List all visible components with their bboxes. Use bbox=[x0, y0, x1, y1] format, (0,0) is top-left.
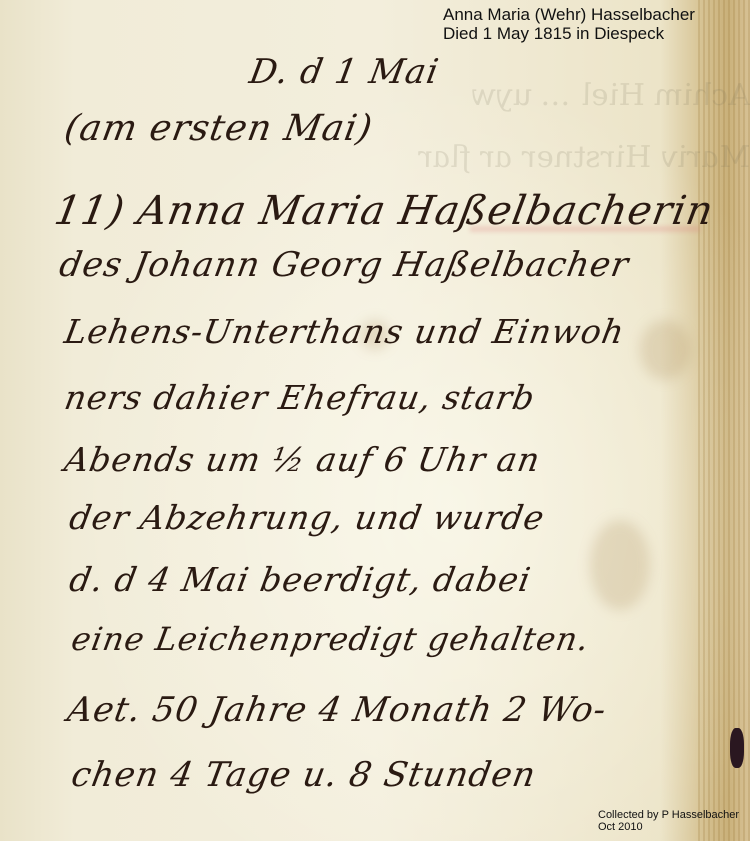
title-caption: Anna Maria (Wehr) Hasselbacher Died 1 Ma… bbox=[443, 6, 695, 43]
paper-stain bbox=[590, 520, 650, 610]
handwritten-line: ners dahier Ehefrau, starb bbox=[62, 378, 539, 417]
handwritten-line: Lehens-Unterthans und Einwoh bbox=[62, 312, 628, 351]
title-caption-death: Died 1 May 1815 in Diespeck bbox=[443, 25, 695, 44]
handwritten-line: der Abzehrung, und wurde bbox=[67, 498, 548, 537]
credit-caption: Collected by P Hasselbacher Oct 2010 bbox=[598, 809, 739, 833]
document-scan: Achim Hiel … uyw Mariv Hirstner ar flar … bbox=[0, 0, 750, 841]
handwritten-line: 11) Anna Maria Haßelbacherin bbox=[51, 188, 717, 234]
title-caption-name: Anna Maria (Wehr) Hasselbacher bbox=[443, 6, 695, 25]
book-gutter-edge bbox=[698, 0, 750, 841]
credit-collector: Collected by P Hasselbacher bbox=[598, 809, 739, 821]
handwritten-line: D. d 1 Mai bbox=[246, 52, 442, 92]
ink-blot bbox=[730, 728, 744, 768]
handwritten-line: chen 4 Tage u. 8 Stunden bbox=[68, 755, 539, 795]
handwritten-line: eine Leichenpredigt gehalten. bbox=[69, 620, 593, 658]
handwritten-line: Abends um ½ auf 6 Uhr an bbox=[62, 440, 544, 479]
handwritten-line: des Johann Georg Haßelbacher bbox=[56, 245, 632, 285]
paper-stain bbox=[640, 320, 690, 380]
handwritten-line: Aet. 50 Jahre 4 Monath 2 Wo- bbox=[64, 690, 609, 730]
credit-date: Oct 2010 bbox=[598, 821, 739, 833]
handwritten-line: (am ersten Mai) bbox=[61, 108, 376, 149]
handwritten-line: d. d 4 Mai beerdigt, dabei bbox=[67, 560, 535, 599]
